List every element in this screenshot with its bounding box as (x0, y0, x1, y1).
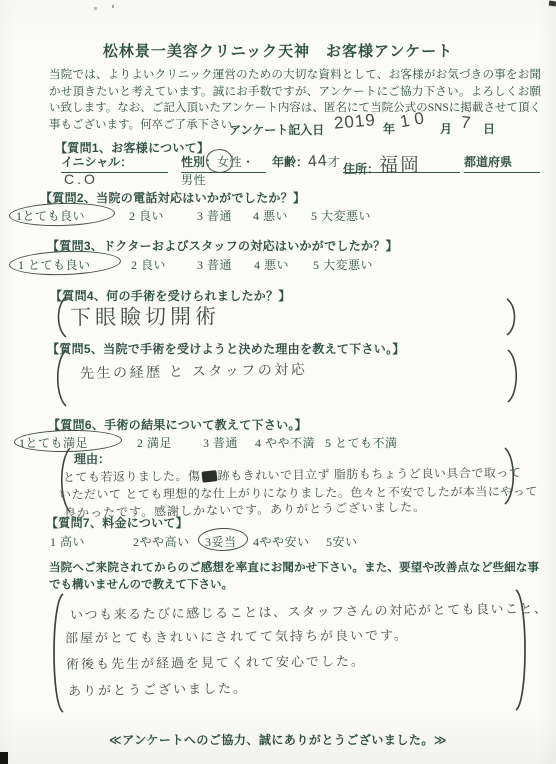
q2-selection-circle (9, 202, 116, 228)
q4-answer-bracket-right (505, 297, 520, 337)
date-year-value: 2019 (333, 110, 376, 134)
q1-age-label: 年齢： (272, 155, 308, 169)
q6-option-4: 4 やや不満 (255, 434, 315, 451)
q7-option-5: 5安い (326, 533, 358, 550)
q1-address-value: 福岡 (379, 155, 421, 176)
q1-gender-option-male: 男性 (181, 173, 206, 187)
q4-answer-text: 下眼瞼切開術 (70, 300, 220, 331)
feedback-line-1: いつも来るたびに感じることは、スタッフさんの対応がとても良いこと、 (70, 598, 549, 624)
feedback-line-2: 部屋がとてもきれいにされてて気持ちが良いです。 (65, 624, 409, 646)
scan-mark-bottom-left (0, 752, 8, 764)
q4-answer-bracket-left (53, 295, 68, 339)
q1-initial-value: C.O (64, 171, 98, 187)
q3-option-3: 3 普通 (197, 256, 232, 273)
q7-option-4: 4やや安い (253, 533, 310, 550)
q6-option-3: 3 普通 (203, 434, 238, 451)
q3-option-4: 4 悪い (254, 256, 289, 273)
scan-mark-top-right (549, 1, 556, 7)
q1-age-unit: 才 (328, 155, 341, 169)
q7-option-2: 2やや高い (133, 533, 190, 550)
q6-reason-line-1-part-a: とても若返りました。傷 (63, 469, 201, 484)
footer-thanks: ≪アンケートへのご協力、誠にありがとうございました。≫ (0, 731, 556, 748)
q6-reason-label: 理由： (74, 450, 110, 467)
q1-age-value: 44 (307, 152, 328, 171)
q2-option-2: 2 良い (129, 207, 164, 224)
q6-reason-line-1-part-b: 跡もきれいで目立ず 脂肪もちょうど良い具合で取って (217, 466, 521, 483)
q1-initial-field: イニシャル：C.O (61, 153, 168, 173)
q7-option-1: 1 高い (50, 533, 85, 550)
scan-speck (94, 7, 97, 10)
q5-answer-bracket-left (52, 348, 68, 408)
q5-heading: 【質問5、当院で手術を受けようと決めた理由を教えて下さい。】 (47, 340, 405, 357)
scan-speck (112, 5, 114, 8)
feedback-bracket-left (45, 592, 65, 714)
q6-option-5: 5 とても不満 (325, 434, 398, 451)
q3-option-2: 2 良い (131, 256, 166, 273)
q2-option-3: 3 普通 (197, 207, 232, 224)
q2-option-5: 5 大変悪い (311, 207, 371, 224)
date-label: アンケート記入日 (229, 121, 324, 138)
q5-answer-text: 先生の経歴 と スタッフの対応 (80, 359, 308, 383)
q1-prefecture-label: 都道府県 (464, 153, 540, 173)
q2-option-4: 4 悪い (253, 207, 288, 224)
date-year-unit: 年 (383, 120, 396, 137)
q1-age-field: 年齢：44才 (272, 153, 340, 172)
q7-selection-circle (198, 528, 248, 552)
q3-selection-circle (9, 249, 122, 277)
feedback-prompt: 当院へご来院されてからのご感想を率直にお聞かせ下さい。また、要望や改善点など些細… (49, 560, 539, 593)
q3-option-5: 5 大変悪い (313, 256, 373, 273)
q6-option-2: 2 満足 (137, 434, 172, 451)
date-month-unit: 月 (440, 120, 453, 137)
page-title: 松林景一美容クリニック天神 お客様アンケート (0, 40, 556, 61)
date-day-unit: 日 (483, 120, 496, 137)
q1-gender-separator: ・ (242, 155, 255, 169)
feedback-line-4: ありがとうございました。 (68, 677, 248, 699)
scanned-survey-page: 松林景一美容クリニック天神 お客様アンケート 当院では、よりよいクリニック運営の… (0, 0, 556, 764)
crossed-out-scribble (201, 470, 217, 483)
feedback-line-3: 術後も先生が経過を見てくれて安心でした。 (66, 650, 366, 672)
q5-answer-bracket-right (506, 348, 522, 404)
q1-address-label: 住所： (343, 162, 379, 176)
q1-initial-label: イニシャル： (61, 155, 132, 169)
q1-address-field: 住所：福岡 (343, 150, 460, 173)
